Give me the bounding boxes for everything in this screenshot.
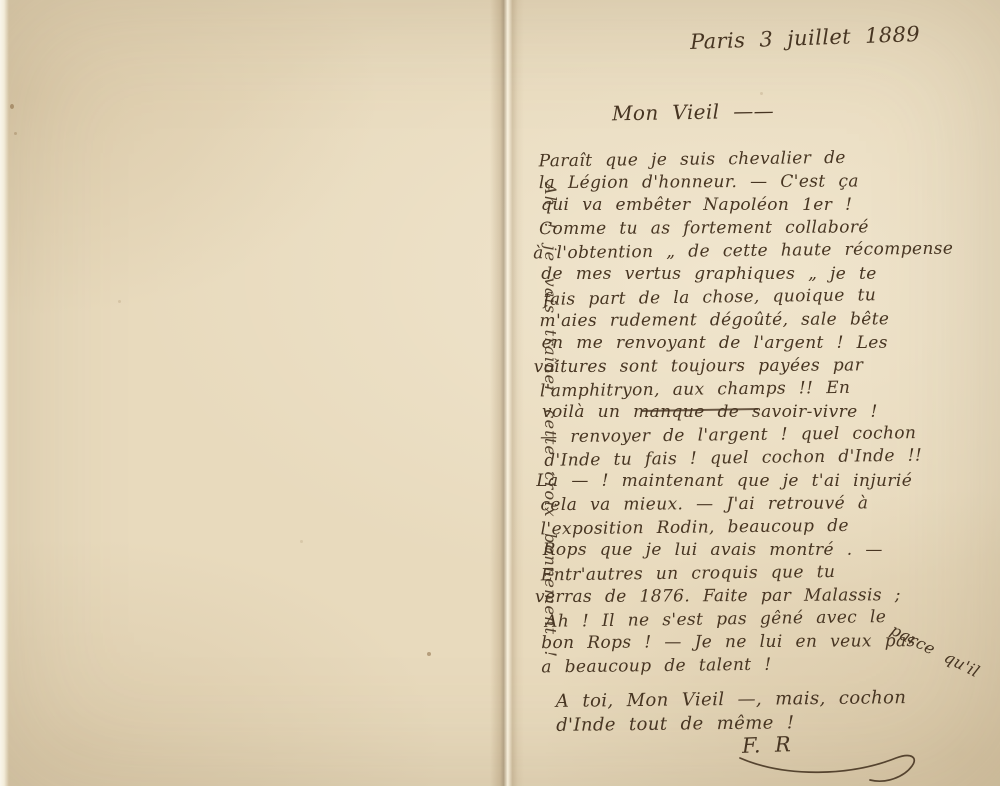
letter-salutation: Mon Vieil —— [612, 99, 774, 126]
letter-line: qui va embêter Napoléon 1er ! [541, 194, 955, 217]
letter-line: m'aies rudement dégoûté, sale bête [539, 308, 953, 333]
letter-line: d'Inde tu fais ! quel cochon d'Inde !! [544, 444, 958, 473]
letter-line: à l'obtention „ de cette haute récompens… [533, 238, 953, 266]
foxing-spot [10, 104, 14, 109]
vertical-margin-note: Ah ! je vais traîner cette croix bonneme… [541, 183, 560, 741]
foxing-spot [427, 652, 431, 656]
letter-line: Comme tu as fortement collaboré [539, 216, 953, 241]
closing-line: d'Inde tout de même ! [556, 710, 907, 738]
letter-line: Rops que je lui avais montré . — [543, 539, 957, 562]
signature-flourish [736, 748, 926, 786]
letter-line: l'exposition Rodin, beaucoup de [540, 514, 954, 542]
letter-line: Paraît que je suis chevalier de [539, 146, 953, 174]
letter-line: voitures sont toujours payées par [534, 354, 954, 379]
closing-line: A toi, Mon Vieil —, mais, cochon [556, 686, 907, 714]
foxing-spot [14, 132, 17, 135]
scan-left-edge [0, 0, 9, 786]
foxing-spot [300, 540, 303, 543]
foxing-spot [760, 92, 763, 95]
center-fold-crease [490, 0, 524, 786]
letter-date: Paris 3 juillet 1889 [690, 22, 921, 54]
foxing-spot [118, 300, 121, 303]
letter-line: Entr'autres un croquis que tu [541, 560, 955, 588]
letter-line: de mes vertus graphiques „ je te [541, 263, 955, 286]
letter-line: cela va mieux. — J'ai retrouvé à [540, 492, 954, 517]
letter-line: voilà un manque de savoir-vivre ! [542, 401, 956, 424]
letter-line: a beaucoup de talent ! [541, 652, 955, 680]
letter-line: la Légion d'honneur. — C'est ça [539, 170, 953, 195]
letter-closing: A toi, Mon Vieil —, mais, cochon d'Inde … [556, 686, 907, 738]
letter-line: l'amphitryon, aux champs !! En [540, 376, 954, 404]
letter-scan: Paris 3 juillet 1889 Mon Vieil —— Paraît… [0, 0, 1000, 786]
letter-body: Paraît que je suis chevalier de la Légio… [539, 147, 956, 678]
letter-line: Là — ! maintenant que je t'ai injurié [536, 470, 956, 493]
letter-line: en me renvoyant de l'argent ! Les [542, 332, 956, 355]
